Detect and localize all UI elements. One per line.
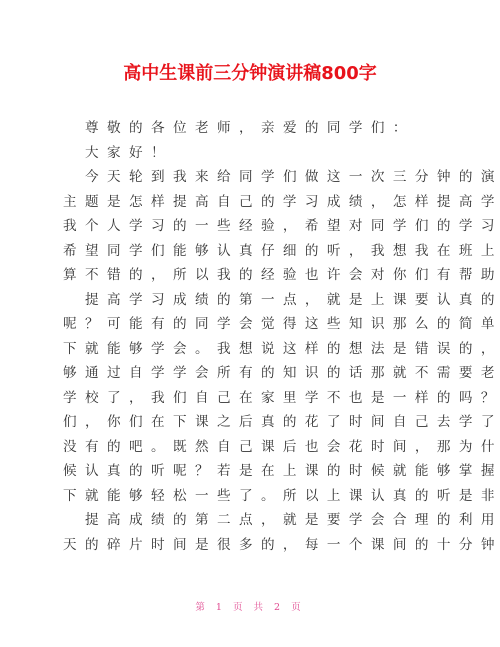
paragraph-line: 下就能够轻松一些了。所以上课认真的听是非常的重要的。 xyxy=(63,484,439,509)
paragraph-line: 提高成绩的第二点，就是要学会合理的利用时间。我们每 xyxy=(63,508,439,533)
paragraph-line: 候认真的听呢？若是在上课的时候就能够掌握好知识的话，课 xyxy=(63,459,439,484)
document-title: 高中生课前三分钟演讲稿800字 xyxy=(0,62,500,86)
paragraph-line: 天的碎片时间是很多的，每一个课间的十分钟，午休之前的一 xyxy=(63,533,439,558)
paragraph-line: 提高学习成绩的第一点，就是上课要认真的听讲。为什么 xyxy=(63,288,439,313)
paragraph-line: 今天轮到我来给同学们做这一次三分钟的演讲，我演讲的 xyxy=(63,165,439,190)
paragraph-line: 没有的吧。既然自己课后也会花时间，那为什么不在上课的时 xyxy=(63,435,439,460)
document-page: 高中生课前三分钟演讲稿800字 尊敬的各位老师，亲爱的同学们： 大家好！ 今天轮… xyxy=(0,0,500,647)
paragraph-line: 下就能够学会。我想说这样的想法是错误的，如果我们自己能 xyxy=(63,337,439,362)
document-body: 尊敬的各位老师，亲爱的同学们： 大家好！ 今天轮到我来给同学们做这一次三分钟的演… xyxy=(63,116,439,557)
paragraph-line: 够通过自学学会所有的知识的话那就不需要老师了，也不需要 xyxy=(63,361,439,386)
page-number-label: 第 1 页 共 2 页 xyxy=(195,601,304,615)
paragraph-line: 主题是怎样提高自己的学习成绩，怎样提高学习的效率。这是 xyxy=(63,190,439,215)
paragraph-line: 我个人学习的一些经验，希望对同学们的学习能够有帮助。也 xyxy=(63,214,439,239)
paragraph-line: 呢？可能有的同学会觉得这些知识那么的简单我下课自己学一 xyxy=(63,312,439,337)
greeting-line: 大家好！ xyxy=(63,141,439,166)
paragraph-line: 希望同学们能够认真仔细的听，我想我在班上的学习成绩是还 xyxy=(63,239,439,264)
salutation-line: 尊敬的各位老师，亲爱的同学们： xyxy=(63,116,439,141)
page-footer: 第 1 页 共 2 页 xyxy=(0,601,500,615)
paragraph-line: 算不错的，所以我的经验也许会对你们有帮助。 xyxy=(63,263,439,288)
paragraph-line: 学校了，我们自己在家里学不也是一样的吗？我也想问问同学 xyxy=(63,386,439,411)
paragraph-line: 们，你们在下课之后真的花了时间自己去学了吗？我想应该是 xyxy=(63,410,439,435)
